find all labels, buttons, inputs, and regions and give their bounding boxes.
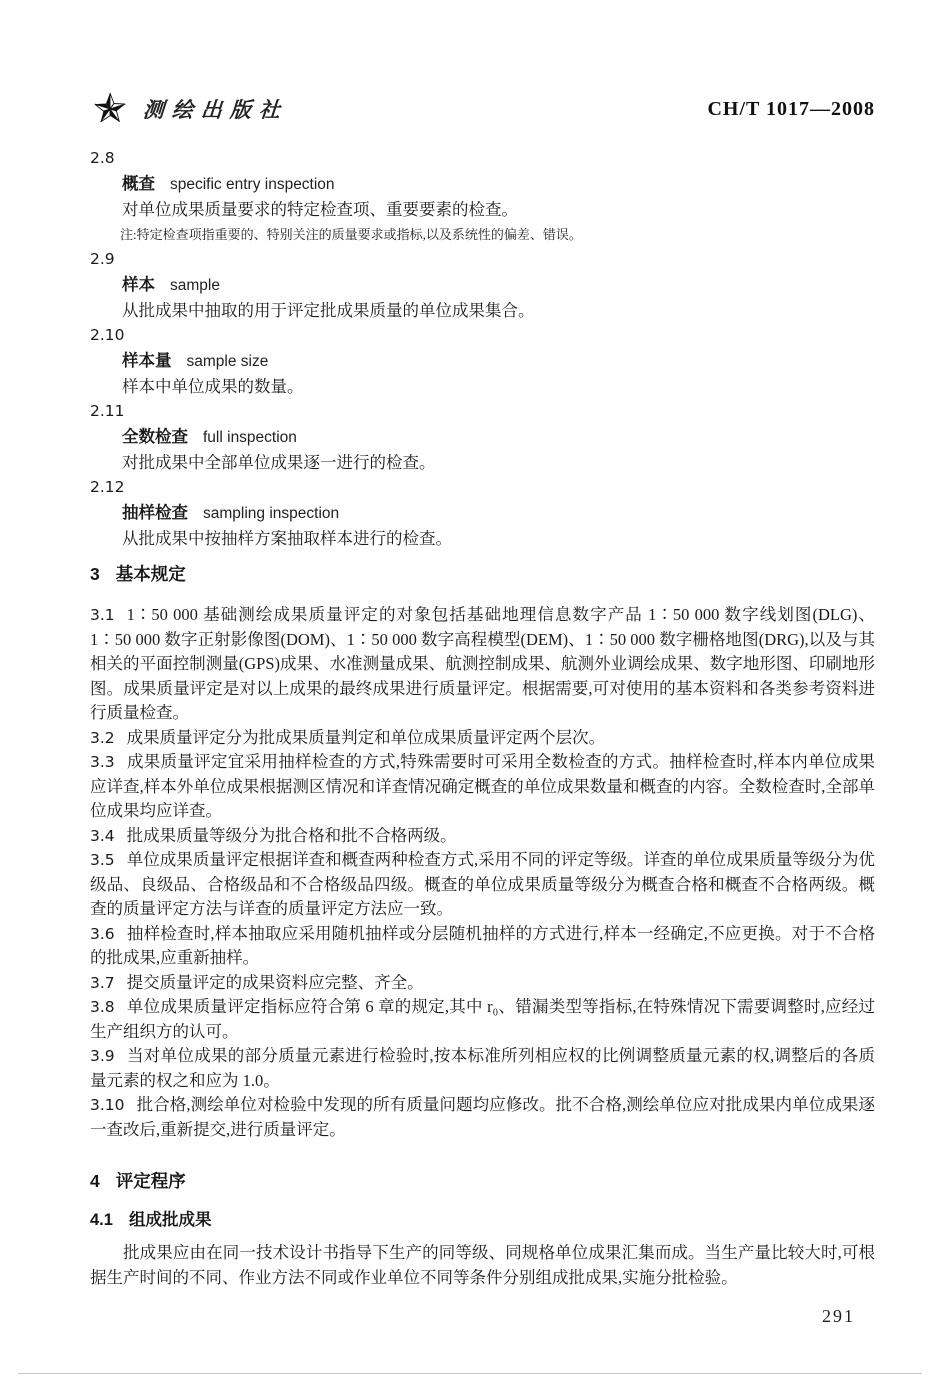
- press-star-logo-icon: [90, 88, 130, 130]
- clause-text: 成果质量评定宜采用抽样检查的方式,特殊需要时可采用全数检查的方式。抽样检查时,样…: [90, 752, 875, 820]
- clause: 3.9当对单位成果的部分质量元素进行检验时,按本标准所列相应权的比例调整质量元素…: [90, 1044, 875, 1093]
- publisher-logo: 测绘出版社: [90, 88, 288, 130]
- term-entry: 2.12 抽样检查sampling inspection 从批成果中按抽样方案抽…: [90, 475, 875, 551]
- clause-text: 抽样检查时,样本抽取应采用随机抽样或分层随机抽样的方式进行,样本一经确定,不应更…: [90, 924, 875, 968]
- clause: 3.7提交质量评定的成果资料应完整、齐全。: [90, 971, 875, 996]
- term-definition: 样本中单位成果的数量。: [90, 374, 875, 399]
- clause-number: 3.10: [90, 1096, 125, 1114]
- clause: 3.3成果质量评定宜采用抽样检查的方式,特殊需要时可采用全数检查的方式。抽样检查…: [90, 750, 875, 824]
- subsection-4-1-number: 4.1: [90, 1211, 113, 1229]
- term-english: sample: [170, 277, 220, 294]
- clause-number: 3.6: [90, 925, 115, 943]
- subsection-4-1-heading: 4.1组成批成果: [90, 1208, 875, 1233]
- term-definition: 从批成果中抽取的用于评定批成果质量的单位成果集合。: [90, 298, 875, 323]
- term-number: 2.9: [90, 247, 875, 272]
- scan-edge-line: [18, 1373, 922, 1374]
- clause-text: 单位成果质量评定根据详查和概查两种检查方式,采用不同的评定等级。详查的单位成果质…: [90, 850, 875, 918]
- term-number: 2.12: [90, 475, 875, 500]
- term-number: 2.8: [90, 146, 875, 171]
- clause-text: 批合格,测绘单位对检验中发现的所有质量问题均应修改。批不合格,测绘单位应对批成果…: [90, 1095, 875, 1139]
- term-number: 2.11: [90, 399, 875, 424]
- term-english: sampling inspection: [203, 505, 339, 522]
- term-entry: 2.9 样本sample 从批成果中抽取的用于评定批成果质量的单位成果集合。: [90, 247, 875, 323]
- subsection-4-1-title: 组成批成果: [129, 1211, 212, 1229]
- clause-number: 3.9: [90, 1047, 115, 1065]
- clause: 3.11∶50 000 基础测绘成果质量评定的对象包括基础地理信息数字产品 1∶…: [90, 603, 875, 726]
- section-4-heading: 4评定程序: [90, 1168, 875, 1194]
- page-number: 291: [90, 1306, 875, 1327]
- term-definition: 对单位成果质量要求的特定检查项、重要要素的检查。: [90, 197, 875, 222]
- term-english: full inspection: [203, 429, 297, 446]
- clause: 3.2成果质量评定分为批成果质量判定和单位成果质量评定两个层次。: [90, 726, 875, 751]
- standard-code: CH/T 1017—2008: [707, 98, 875, 121]
- term-definition: 对批成果中全部单位成果逐一进行的检查。: [90, 450, 875, 475]
- term-number: 2.10: [90, 323, 875, 348]
- term-definition: 从批成果中按抽样方案抽取样本进行的检查。: [90, 526, 875, 551]
- clause-text: 单位成果质量评定指标应符合第 6 章的规定,其中 r₀、错漏类型等指标,在特殊情…: [90, 997, 875, 1041]
- clause-number: 3.5: [90, 851, 115, 869]
- term-entry: 2.10 样本量sample size 样本中单位成果的数量。: [90, 323, 875, 399]
- clause-number: 3.8: [90, 998, 115, 1016]
- clause-number: 3.4: [90, 827, 115, 845]
- clause: 3.4批成果质量等级分为批合格和批不合格两级。: [90, 824, 875, 849]
- clause: 3.10批合格,测绘单位对检验中发现的所有质量问题均应修改。批不合格,测绘单位应…: [90, 1093, 875, 1142]
- section-3-title: 基本规定: [116, 564, 186, 584]
- clause-text: 成果质量评定分为批成果质量判定和单位成果质量评定两个层次。: [127, 728, 606, 747]
- term-note: 注:特定检查项指重要的、特别关注的质量要求或指标,以及系统性的偏差、错误。: [90, 222, 875, 247]
- term-chinese: 样本量: [122, 352, 172, 370]
- clause-number: 3.2: [90, 729, 115, 747]
- term-entry: 2.11 全数检查full inspection 对批成果中全部单位成果逐一进行…: [90, 399, 875, 475]
- clause: 3.6抽样检查时,样本抽取应采用随机抽样或分层随机抽样的方式进行,样本一经确定,…: [90, 922, 875, 971]
- clause: 3.5单位成果质量评定根据详查和概查两种检查方式,采用不同的评定等级。详查的单位…: [90, 848, 875, 922]
- term-entry: 2.8 概查specific entry inspection 对单位成果质量要…: [90, 146, 875, 247]
- clause-number: 3.3: [90, 753, 115, 771]
- section-4-title: 评定程序: [116, 1171, 186, 1191]
- term-english: specific entry inspection: [170, 176, 335, 193]
- section-3-heading: 3基本规定: [90, 561, 875, 587]
- clause-text: 当对单位成果的部分质量元素进行检验时,按本标准所列相应权的比例调整质量元素的权,…: [90, 1046, 875, 1090]
- clause: 3.8单位成果质量评定指标应符合第 6 章的规定,其中 r₀、错漏类型等指标,在…: [90, 995, 875, 1044]
- document-page: 测绘出版社 CH/T 1017—2008 2.8 概查specific entr…: [0, 0, 950, 1380]
- clause-text: 1∶50 000 基础测绘成果质量评定的对象包括基础地理信息数字产品 1∶50 …: [90, 605, 875, 722]
- clause-text: 提交质量评定的成果资料应完整、齐全。: [127, 973, 424, 992]
- publisher-name: 测绘出版社: [142, 94, 289, 124]
- clause-number: 3.1: [90, 606, 115, 624]
- section-3-number: 3: [90, 564, 100, 584]
- section-4-number: 4: [90, 1171, 100, 1191]
- clause-number: 3.7: [90, 974, 115, 992]
- subsection-4-1-paragraph: 批成果应由在同一技术设计书指导下生产的同等级、同规格单位成果汇集而成。当生产量比…: [90, 1241, 875, 1290]
- term-chinese: 全数检查: [122, 428, 188, 446]
- page-header: 测绘出版社 CH/T 1017—2008: [90, 88, 875, 130]
- term-chinese: 抽样检查: [122, 504, 188, 522]
- clause-text: 批成果质量等级分为批合格和批不合格两级。: [127, 826, 457, 845]
- term-chinese: 样本: [122, 276, 155, 294]
- terms-section: 2.8 概查specific entry inspection 对单位成果质量要…: [90, 146, 875, 551]
- term-english: sample size: [187, 353, 269, 370]
- section-3-body: 3.11∶50 000 基础测绘成果质量评定的对象包括基础地理信息数字产品 1∶…: [90, 603, 875, 1142]
- term-chinese: 概查: [122, 175, 155, 193]
